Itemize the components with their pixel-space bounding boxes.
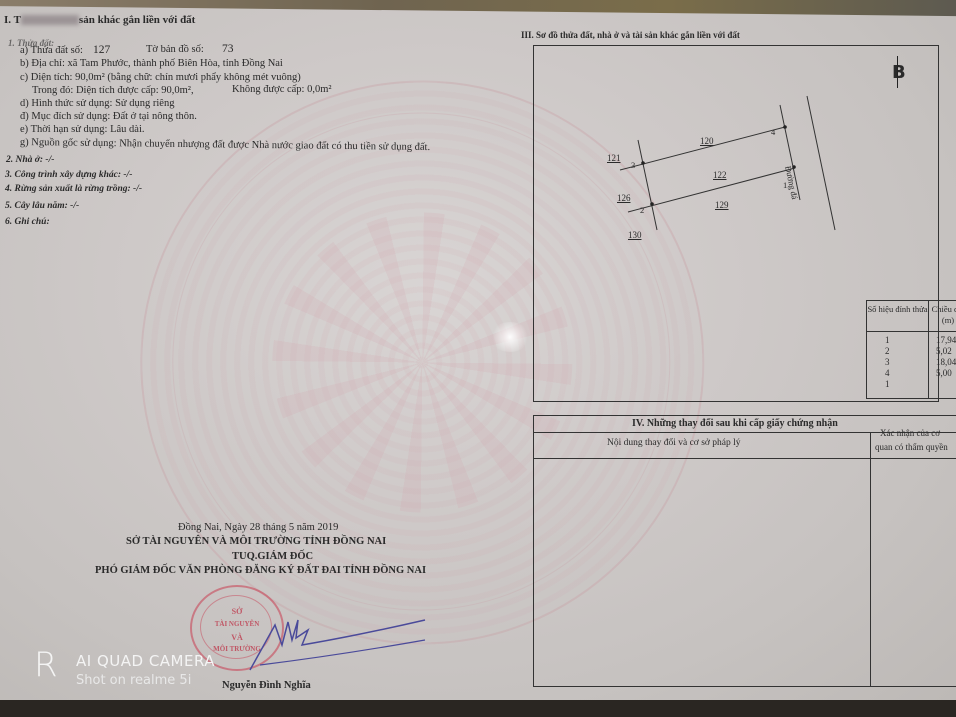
- item-other-construction: 3. Công trình xây dựng khác: -/-: [5, 170, 132, 180]
- changes-table: [533, 415, 956, 687]
- north-arrow-icon: B: [892, 62, 906, 83]
- bottom-shadow: [0, 700, 956, 717]
- section4-heading: IV. Những thay đổi sau khi cấp giấy chứn…: [632, 418, 838, 429]
- issue-date: Đồng Nai, Ngày 28 tháng 5 năm 2019: [178, 522, 338, 533]
- changes-col-content: Nội dung thay đổi và cơ sở pháp lý: [607, 438, 741, 448]
- table-header-length: Chiều dài (m): [929, 304, 956, 326]
- issuing-agency: SỞ TÀI NGUYÊN VÀ MÔI TRƯỜNG TỈNH ĐỒNG NA…: [126, 536, 386, 547]
- map-sheet-number: 73: [222, 43, 234, 55]
- table-cell-vertex: 1: [885, 335, 890, 345]
- parcel-121: 121: [607, 153, 621, 163]
- area-granted: Trong đó: Diện tích được cấp: 90,0m²,: [32, 85, 194, 96]
- table-cell-length: 17,94: [936, 335, 956, 345]
- use-form: d) Hình thức sử dụng: Sử dụng riêng: [20, 98, 174, 109]
- address: b) Địa chỉ: xã Tam Phước, thành phố Biên…: [20, 58, 283, 69]
- parcel-122: 122: [713, 170, 727, 180]
- tuq-label: TUQ.GIÁM ĐỐC: [232, 551, 313, 562]
- light-glare: [490, 322, 530, 352]
- point-4: 4: [771, 127, 775, 137]
- item-perennial-trees: 5. Cây lâu năm: -/-: [5, 201, 79, 211]
- parcel-126: 126: [617, 193, 631, 203]
- changes-col-confirm-2: quan có thẩm quyền: [875, 442, 948, 452]
- section3-heading: III. Sơ đồ thửa đất, nhà ở và tài sản kh…: [521, 30, 740, 40]
- point-3: 3: [631, 160, 635, 170]
- table-cell-length: 5,00: [936, 368, 952, 378]
- use-purpose: đ) Mục đích sử dụng: Đất ở tại nông thôn…: [20, 111, 197, 122]
- parcel-120: 120: [700, 136, 714, 146]
- parcel-number-label: a) Thửa đất số:: [20, 45, 83, 56]
- table-cell-length: 5,02: [936, 346, 952, 356]
- table-cell-length: 18,04: [936, 357, 956, 367]
- table-cell-vertex: 2: [885, 346, 890, 356]
- table-cell-vertex: 1: [885, 379, 890, 389]
- signer-name: Nguyễn Đình Nghĩa: [222, 680, 311, 691]
- item-planted-forest: 4. Rừng sản xuất là rừng trồng: -/-: [5, 184, 142, 194]
- item-notes: 6. Ghi chú:: [5, 217, 50, 227]
- area: c) Diện tích: 90,0m² (bằng chữ: chín mươ…: [20, 72, 301, 83]
- realme-logo-icon: R: [34, 648, 58, 682]
- table-cell-vertex: 3: [885, 357, 890, 367]
- item-house: 2. Nhà ở: -/-: [6, 155, 54, 165]
- parcel-130: 130: [628, 230, 642, 240]
- camera-watermark-title: AI QUAD CAMERA: [76, 652, 215, 670]
- use-term: e) Thời hạn sử dụng: Lâu dài.: [20, 124, 144, 135]
- signer-title: PHÓ GIÁM ĐỐC VĂN PHÒNG ĐĂNG KÝ ĐẤT ĐAI T…: [95, 565, 426, 576]
- handwritten-signature: [240, 610, 440, 680]
- section1-heading: I. Tsản khác gắn liền với đất: [4, 14, 195, 26]
- map-sheet-label: Tờ bản đồ số:: [146, 44, 204, 55]
- parcel-129: 129: [715, 200, 729, 210]
- camera-watermark-subtitle: Shot on realme 5i: [76, 673, 191, 688]
- table-cell-vertex: 4: [885, 368, 890, 378]
- changes-col-confirm-1: Xác nhận của cơ: [880, 428, 940, 438]
- parcel-number: 127: [93, 44, 110, 56]
- point-2: 2: [640, 205, 644, 215]
- table-header-vertex: Số hiệu đỉnh thửa: [867, 304, 928, 315]
- area-not-granted: Không được cấp: 0,0m²: [232, 84, 332, 95]
